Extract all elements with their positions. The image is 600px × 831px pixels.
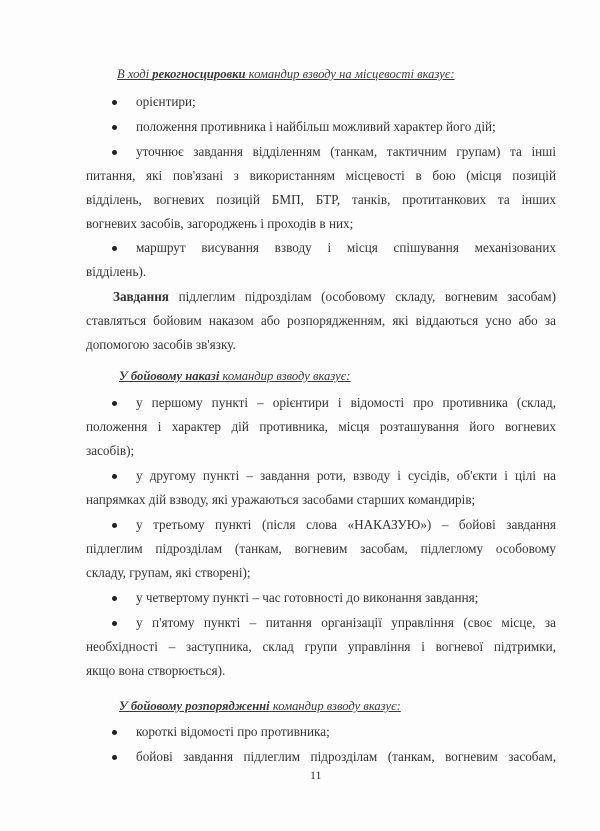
paragraph-line: допомогою засобів зв'язку. [86,333,556,357]
list-item-continuation: відділень, вогневих позицій БМП, БТР, та… [86,188,556,212]
heading-suffix: командир взводу вказує: [219,369,350,383]
list-item: у першому пункті – орієнтири і відомості… [136,391,556,415]
list-item-continuation: складу, групам, які створені); [86,561,556,585]
bullet-icon [112,755,117,760]
bullet-icon [112,150,117,155]
paragraph-bold-lead: Завдання [113,289,169,304]
list-item: уточнює завдання відділенням (танкам, та… [136,140,556,164]
list-item: положення противника і найбільш можливий… [136,115,556,139]
heading-prefix: В ході [117,67,152,81]
heading-suffix: командир взводу на місцевості вказує: [246,67,455,81]
section-heading-combat-instruction: У бойовому розпорядженні командир взводу… [119,696,401,716]
list-item: у четвертому пункті – час готовності до … [136,586,556,610]
paragraph-line: Завдання підлеглим підрозділам (особовом… [113,285,556,309]
list-item: маршрут висування взводу і місця спішува… [136,236,556,260]
bullet-icon [112,125,117,130]
list-item-continuation: питання, які пов'язані з використанням м… [86,164,556,188]
bullet-icon [112,474,117,479]
heading-suffix: командир взводу вказує: [270,699,401,713]
list-item-continuation: положення і характер дій противника, міс… [86,415,556,439]
bullet-icon [112,401,117,406]
list-item-continuation: підлеглим підрозділам (танкам, вогневим … [86,537,556,561]
bullet-icon [112,100,117,105]
list-item: короткі відомості про противника; [136,720,556,744]
list-item-continuation: вогневих засобів, загороджень і проходів… [86,212,556,236]
list-item-continuation: напрямках дій взводу, які уражаються зас… [86,488,556,512]
section-heading-reconnaissance: В ході рекогносцировки командир взводу н… [117,64,455,84]
bullet-icon [112,621,117,626]
section-heading-combat-order: У бойовому наказі командир взводу вказує… [119,366,350,386]
list-item: бойові завдання підлеглим підрозділам (т… [136,745,556,769]
paragraph-line: ставляться бойовим наказом або розпорядж… [86,309,556,333]
bullet-icon [112,730,117,735]
list-item: у другому пункті – завдання роти, взводу… [136,464,556,488]
list-item: у п'ятому пункті – питання організації у… [136,611,556,635]
list-item: орієнтири; [136,90,556,114]
list-item-continuation: засобів); [86,439,556,463]
paragraph-text: підлеглим підрозділам (особовому складу,… [169,289,556,304]
heading-bold: У бойовому розпорядженні [119,699,270,713]
heading-bold: рекогносцировки [152,67,245,81]
list-item: у третьому пункті (після слова «НАКАЗУЮ»… [136,513,556,537]
heading-bold: У бойовому наказі [119,369,219,383]
list-item-continuation: необхідності – заступника, склад групи у… [86,635,556,659]
list-item-continuation: відділень). [86,260,556,284]
list-item-continuation: якщо вона створюється). [86,659,556,683]
page-number: 11 [310,768,322,783]
document-page: В ході рекогносцировки командир взводу н… [0,0,600,831]
bullet-icon [112,246,117,251]
bullet-icon [112,523,117,528]
bullet-icon [112,596,117,601]
